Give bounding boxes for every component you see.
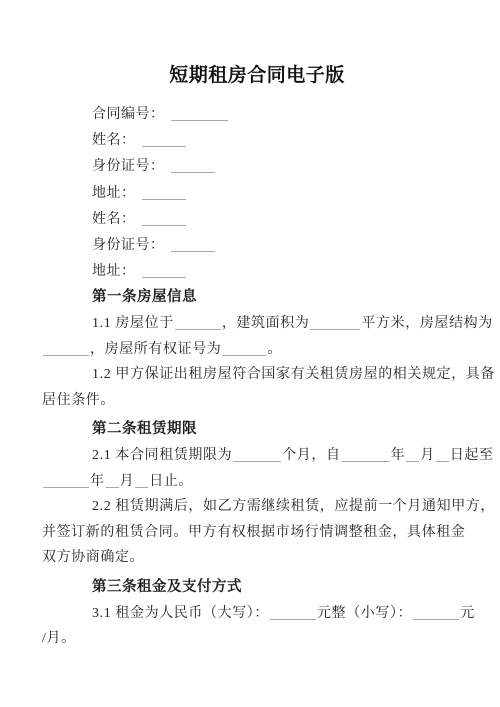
form-field-line: 地址： xyxy=(42,181,472,207)
text-run: /月。 xyxy=(42,631,76,646)
blank-field xyxy=(222,354,266,356)
form-fields: 合同编号：姓名：身份证号：地址：姓名：身份证号：地址： xyxy=(42,102,472,285)
text-run: 平方米，房屋结构为 xyxy=(361,316,492,331)
blank-field xyxy=(135,486,148,488)
text-run: 3.1 租金为人民币（大写）： xyxy=(92,606,269,621)
text-run: 元 xyxy=(460,606,475,621)
paragraph: 2.1 本合同租赁期限为个月，自年月日起至年月日止。 xyxy=(42,443,472,494)
form-field-line: 地址： xyxy=(42,259,472,285)
text-run: 居住条件。 xyxy=(42,393,115,408)
blank-field xyxy=(43,354,89,356)
text-run: 2.2 租赁期满后，如乙方需继续租赁，应提前一个月通知甲方， xyxy=(92,499,495,514)
text-run: 双方协商确定。 xyxy=(42,550,144,565)
paragraph: 2.2 租赁期满后，如乙方需继续租赁，应提前一个月通知甲方，并签订新的租赁合同。… xyxy=(42,494,472,571)
blank-field xyxy=(142,145,186,147)
text-run: 并签订新的租赁合同。甲方有权根据市场行情调整租金，具体租金 xyxy=(42,525,465,540)
blank-field xyxy=(413,618,459,620)
text-run: 日起至 xyxy=(450,448,494,463)
blank-field xyxy=(175,328,221,330)
section-heading: 第一条房屋信息 xyxy=(42,285,472,311)
text-run: ，房屋所有权证号为 xyxy=(90,342,221,357)
blank-field xyxy=(43,486,89,488)
field-label: 地址： xyxy=(92,264,136,279)
blank-field xyxy=(142,224,186,226)
text-run: 2.1 本合同租赁期限为 xyxy=(92,448,232,463)
section-heading: 第二条租赁期限 xyxy=(42,417,472,443)
form-field-line: 身份证号： xyxy=(42,154,472,180)
paragraph-line: 居住条件。 xyxy=(42,388,472,414)
blank-field xyxy=(171,171,215,173)
text-run: 月 xyxy=(120,474,135,489)
form-field-line: 身份证号： xyxy=(42,233,472,259)
paragraph: 1.2 甲方保证出租房屋符合国家有关租赁房屋的相关规定，具备居住条件。 xyxy=(42,362,472,413)
form-field-line: 姓名： xyxy=(42,128,472,154)
blank-field xyxy=(436,460,449,462)
blank-field xyxy=(171,119,228,121)
text-run: 年 xyxy=(90,474,105,489)
text-run: 1.2 甲方保证出租房屋符合国家有关租赁房屋的相关规定，具备 xyxy=(92,367,495,382)
text-run: 。 xyxy=(267,342,282,357)
paragraph: 1.1 房屋位于，建筑面积为平方米，房屋结构为，房屋所有权证号为。 xyxy=(42,311,472,362)
document-sections: 第一条房屋信息1.1 房屋位于，建筑面积为平方米，房屋结构为，房屋所有权证号为。… xyxy=(42,285,472,651)
document-title: 短期租房合同电子版 xyxy=(42,64,472,88)
paragraph-line: 年月日止。 xyxy=(42,469,472,495)
blank-field xyxy=(406,460,419,462)
field-label: 合同编号： xyxy=(92,107,165,122)
paragraph-line: 并签订新的租赁合同。甲方有权根据市场行情调整租金，具体租金 xyxy=(42,520,472,546)
field-label: 地址： xyxy=(92,186,136,201)
section-heading: 第三条租金及支付方式 xyxy=(42,575,472,601)
paragraph-line: 1.1 房屋位于，建筑面积为平方米，房屋结构为 xyxy=(42,311,472,337)
paragraph-line: 2.2 租赁期满后，如乙方需继续租赁，应提前一个月通知甲方， xyxy=(42,494,472,520)
paragraph-line: /月。 xyxy=(42,626,472,652)
blank-field xyxy=(142,276,186,278)
paragraph-line: 双方协商确定。 xyxy=(42,545,472,571)
form-field-line: 姓名： xyxy=(42,207,472,233)
text-run: ，建筑面积为 xyxy=(222,316,310,331)
blank-field xyxy=(142,198,186,200)
text-run: 个月，自 xyxy=(282,448,340,463)
text-run: 年 xyxy=(391,448,406,463)
blank-field xyxy=(171,250,215,252)
text-run: 元整（小写）： xyxy=(317,606,412,621)
field-label: 身份证号： xyxy=(92,159,165,174)
blank-field xyxy=(233,460,281,462)
paragraph-line: ，房屋所有权证号为。 xyxy=(42,337,472,363)
paragraph-line: 3.1 租金为人民币（大写）：元整（小写）：元 xyxy=(42,601,472,627)
text-run: 1.1 房屋位于 xyxy=(92,316,174,331)
paragraph: 3.1 租金为人民币（大写）：元整（小写）：元/月。 xyxy=(42,601,472,652)
blank-field xyxy=(106,486,119,488)
paragraph-line: 1.2 甲方保证出租房屋符合国家有关租赁房屋的相关规定，具备 xyxy=(42,362,472,388)
paragraph-line: 2.1 本合同租赁期限为个月，自年月日起至 xyxy=(42,443,472,469)
field-label: 姓名： xyxy=(92,133,136,148)
field-label: 姓名： xyxy=(92,212,136,227)
contract-document: 短期租房合同电子版 合同编号：姓名：身份证号：地址：姓名：身份证号：地址： 第一… xyxy=(0,0,500,652)
blank-field xyxy=(342,460,390,462)
text-run: 日止。 xyxy=(149,474,193,489)
blank-field xyxy=(270,618,316,620)
text-run: 月 xyxy=(420,448,435,463)
contract-section: 第三条租金及支付方式3.1 租金为人民币（大写）：元整（小写）：元/月。 xyxy=(42,575,472,652)
contract-section: 第二条租赁期限2.1 本合同租赁期限为个月，自年月日起至年月日止。2.2 租赁期… xyxy=(42,417,472,571)
contract-section: 第一条房屋信息1.1 房屋位于，建筑面积为平方米，房屋结构为，房屋所有权证号为。… xyxy=(42,285,472,413)
field-label: 身份证号： xyxy=(92,238,165,253)
blank-field xyxy=(310,328,360,330)
form-field-line: 合同编号： xyxy=(42,102,472,128)
